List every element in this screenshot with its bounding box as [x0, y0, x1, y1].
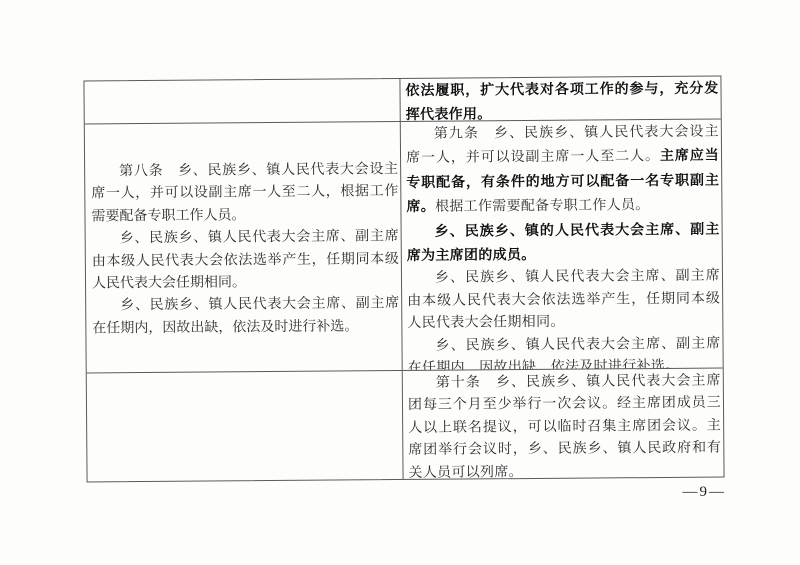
article-9-cell: 第九条 乡、民族乡、镇人民代表大会设主席一人，并可以设副主席一人至二人。主席应当…	[401, 120, 723, 372]
amended-text-continuation: 依法履职，扩大代表对各项工作的参与，充分发挥代表作用。	[405, 77, 718, 122]
article-9-paragraph-2: 乡、民族乡、镇的人民代表大会主席、副主席为主席团的成员。	[407, 217, 720, 268]
article-8-cell: 第八条 乡、民族乡、镇人民代表大会设主席一人，并可以设副主席一人至二人，根据工作…	[85, 122, 403, 373]
article-9-paragraph-3: 乡、民族乡、镇人民代表大会主席、副主席由本级人民代表大会依法选举产生，任期同本级…	[407, 266, 721, 336]
regular-run: 根据工作需要配备专职工作人员。	[435, 198, 650, 215]
article-8-paragraph-1: 第八条 乡、民族乡、镇人民代表大会设主席一人，并可以设副主席一人至二人，根据工作…	[91, 159, 399, 229]
article-9-paragraph-1: 第九条 乡、民族乡、镇人民代表大会设主席一人，并可以设副主席一人至二人。主席应当…	[406, 122, 720, 220]
provision-comparison-table: 依法履职，扩大代表对各项工作的参与，充分发挥代表作用。 第八条 乡、民族乡、镇人…	[83, 76, 724, 483]
article-9-paragraph-4: 乡、民族乡、镇人民代表大会主席、副主席在任期内，因故出缺，依法及时进行补选。	[407, 333, 720, 371]
scanned-law-document-page: 依法履职，扩大代表对各项工作的参与，充分发挥代表作用。 第八条 乡、民族乡、镇人…	[0, 0, 800, 565]
article-8-paragraph-2: 乡、民族乡、镇人民代表大会主席、副主席由本级人民代表大会依法选举产生，任期同本级…	[92, 226, 400, 296]
row3-left-empty-cell	[87, 371, 404, 481]
row1-right-cell: 依法履职，扩大代表对各项工作的参与，充分发挥代表作用。	[400, 77, 720, 123]
article-10-cell: 第十条 乡、民族乡、镇人民代表大会主席团每三个月至少举行一次会议。经主席团成员三…	[403, 368, 724, 479]
article-10-paragraph-1: 第十条 乡、民族乡、镇人民代表大会主席团每三个月至少举行一次会议。经主席团成员三…	[408, 371, 722, 479]
page-number: —9—	[683, 484, 727, 501]
bold-run: 依法履职，扩大代表对各项工作的参与，充分发挥代表作用。	[405, 80, 718, 122]
bold-run: 乡、民族乡、镇的人民代表大会主席、副主席为主席团的成员。	[407, 220, 720, 263]
row1-left-empty-cell	[84, 79, 400, 124]
article-8-paragraph-3: 乡、民族乡、镇人民代表大会主席、副主席在任期内，因故出缺，依法及时进行补选。	[92, 293, 399, 340]
